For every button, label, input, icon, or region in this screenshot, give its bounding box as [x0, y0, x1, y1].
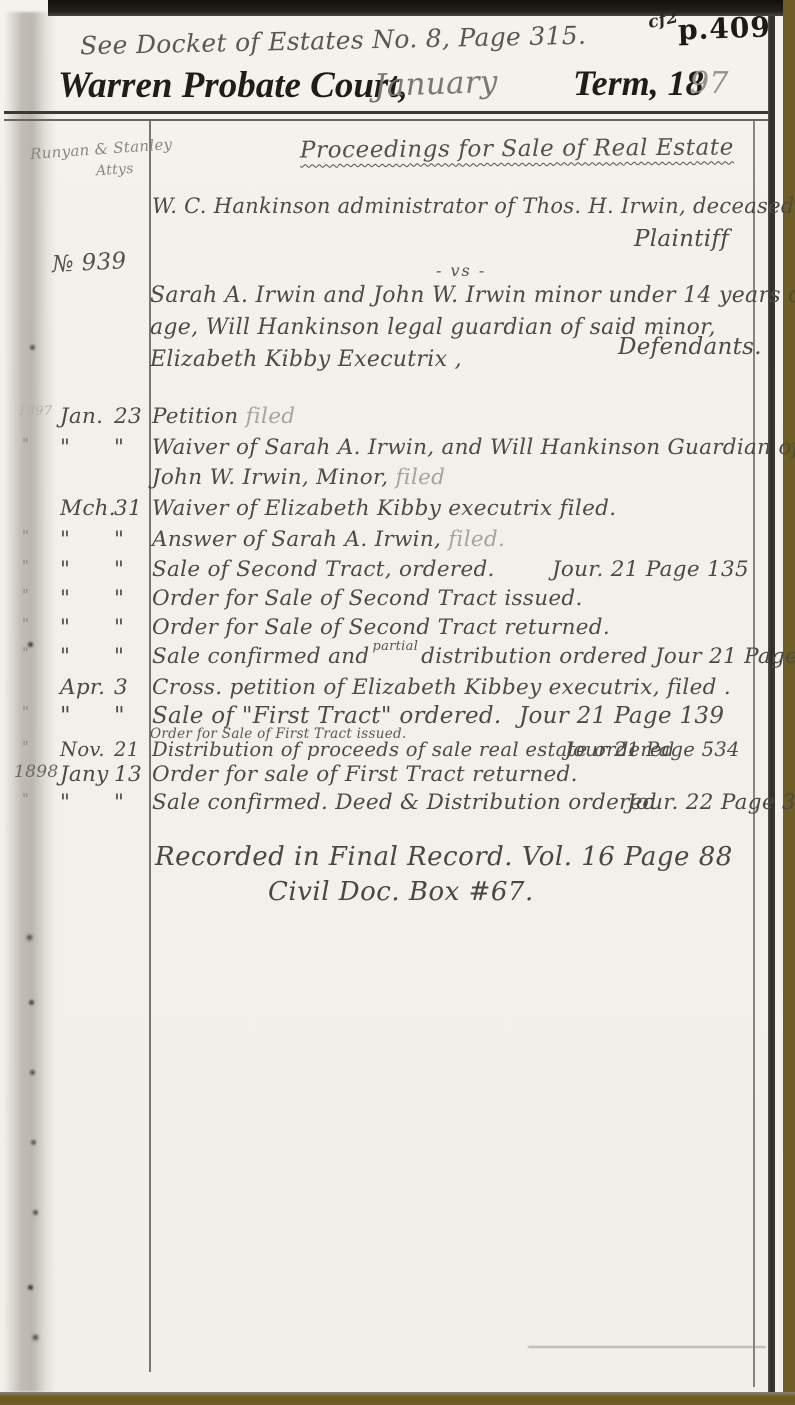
defendants-line-1: Sarah A. Irwin and John W. Irwin minor u…: [150, 283, 795, 308]
defendants-line-3: Elizabeth Kibby Executrix ,: [150, 347, 462, 372]
binding-specks: [0, 0, 5, 5]
docket-entry-order-second-issued: " " " Order for Sale of Second Tract iss…: [0, 586, 790, 616]
docket-entry-waiver-kibby: Mch. 31 Waiver of Elizabeth Kibby execut…: [0, 496, 790, 526]
docket-entry-waiver-sarah: " " " Waiver of Sarah A. Irwin, and Will…: [0, 435, 790, 465]
scan-border-bottom: [0, 1392, 795, 1405]
entry-month: ": [60, 790, 70, 815]
defendants-label: Defendants.: [618, 334, 762, 360]
entry-day: 13: [114, 762, 142, 787]
entry-text: Waiver of Sarah A. Irwin, and Will Hanki…: [152, 435, 795, 460]
entry-day: ": [114, 435, 124, 460]
entry-day: ": [114, 586, 124, 611]
entry-month: ": [60, 586, 70, 611]
entry-year: ": [22, 586, 29, 604]
entry-text: Order for sale of First Tract returned.: [152, 762, 578, 787]
entry-month: Nov.: [60, 738, 105, 761]
case-number: № 939: [51, 248, 127, 278]
entry-text-continued: John W. Irwin, Minor, filed: [152, 465, 445, 490]
plaintiff-line: W. C. Hankinson administrator of Thos. H…: [152, 194, 795, 218]
header-rule-thin: [4, 119, 770, 121]
attorneys-title: Attys: [95, 161, 134, 180]
entry-year: ": [22, 644, 29, 662]
entry-day: 21: [114, 738, 139, 761]
docket-entry-sale-second-ordered: " " " Sale of Second Tract, ordered. Jou…: [0, 557, 790, 587]
term-year-handwritten: 97: [690, 66, 729, 101]
entry-year: ": [22, 557, 29, 575]
entry-text: Sale confirmed. Deed & Distribution orde…: [152, 790, 657, 815]
entry-day: ": [114, 527, 124, 552]
journal-reference: Jour 21 Page 534: [565, 738, 740, 761]
entry-month: ": [60, 557, 70, 582]
entry-year: ": [22, 738, 29, 756]
docket-entry-sale-confirmed-deed: " " " Sale confirmed. Deed & Distributio…: [0, 790, 790, 820]
header-rule-thick: [4, 111, 770, 114]
entry-text: Petition filed: [152, 404, 295, 429]
entry-day: 31: [114, 496, 142, 521]
plaintiff-label: Plaintiff: [634, 226, 729, 252]
journal-reference: Jour. 22 Page 39: [627, 790, 795, 815]
term-label-printed: Term, 18: [573, 62, 704, 104]
versus-mark: - vs -: [436, 261, 486, 280]
entry-day: ": [114, 790, 124, 815]
docket-entry-answer: " " " Answer of Sarah A. Irwin, filed.: [0, 527, 790, 557]
entry-day: 3: [114, 675, 128, 700]
entry-month: Jan.: [60, 404, 103, 429]
faint-bottom-line: [528, 1346, 766, 1348]
entry-month: Mch.: [60, 496, 116, 521]
entry-day: ": [114, 557, 124, 582]
entry-text: Sale confirmed andpartialdistribution or…: [152, 644, 795, 669]
scanned-ledger-page: cf2 p.409 See Docket of Estates No. 8, P…: [0, 0, 795, 1405]
entry-year: ": [22, 790, 29, 808]
entry-text: Sale of Second Tract, ordered.: [152, 557, 495, 582]
term-month-handwritten: January: [373, 64, 498, 104]
entry-year: ": [22, 615, 29, 633]
entry-year: 1898: [14, 762, 58, 782]
recorded-note: Recorded in Final Record. Vol. 16 Page 8…: [155, 842, 733, 872]
entry-year: ": [22, 435, 29, 453]
docket-entry-sale-confirmed-second: " " " Sale confirmed andpartialdistribut…: [0, 644, 790, 674]
proceedings-title: Proceedings for Sale of Real Estate: [300, 134, 734, 163]
docket-cross-reference: See Docket of Estates No. 8, Page 315.: [80, 21, 587, 61]
entry-text: Cross. petition of Elizabeth Kibbey exec…: [152, 675, 731, 700]
entry-year: 1897: [18, 404, 52, 419]
entry-month: Jany: [60, 762, 109, 787]
journal-reference: Jour. 21 Page 135: [552, 557, 749, 582]
entry-text: Waiver of Elizabeth Kibby executrix file…: [152, 496, 616, 521]
entry-text: Order for Sale of Second Tract issued.: [152, 586, 583, 611]
page-number-stamp: p.409: [677, 10, 771, 46]
entry-year: ": [22, 703, 29, 721]
entry-day: ": [114, 644, 124, 669]
entry-day: ": [114, 615, 124, 640]
entry-text: Answer of Sarah A. Irwin, filed.: [152, 527, 505, 552]
docket-entry-petition: 1897 Jan. 23 Petition filed: [0, 404, 790, 434]
docket-entry-cross-petition: Apr. 3 Cross. petition of Elizabeth Kibb…: [0, 675, 790, 705]
entry-month: ": [60, 644, 70, 669]
entry-month: ": [60, 615, 70, 640]
docket-entry-order-first-returned: 1898 Jany 13 Order for sale of First Tra…: [0, 762, 790, 792]
civil-doc-box-note: Civil Doc. Box #67.: [268, 877, 534, 907]
entry-year: ": [22, 527, 29, 545]
entry-text: Order for Sale of Second Tract returned.: [152, 615, 610, 640]
entry-month: ": [60, 435, 70, 460]
entry-month: Apr.: [60, 675, 105, 700]
court-name-printed: Warren Probate Court,: [58, 64, 408, 107]
interlined-word: partial: [372, 639, 418, 654]
entry-month: ": [60, 527, 70, 552]
entry-day: 23: [114, 404, 142, 429]
